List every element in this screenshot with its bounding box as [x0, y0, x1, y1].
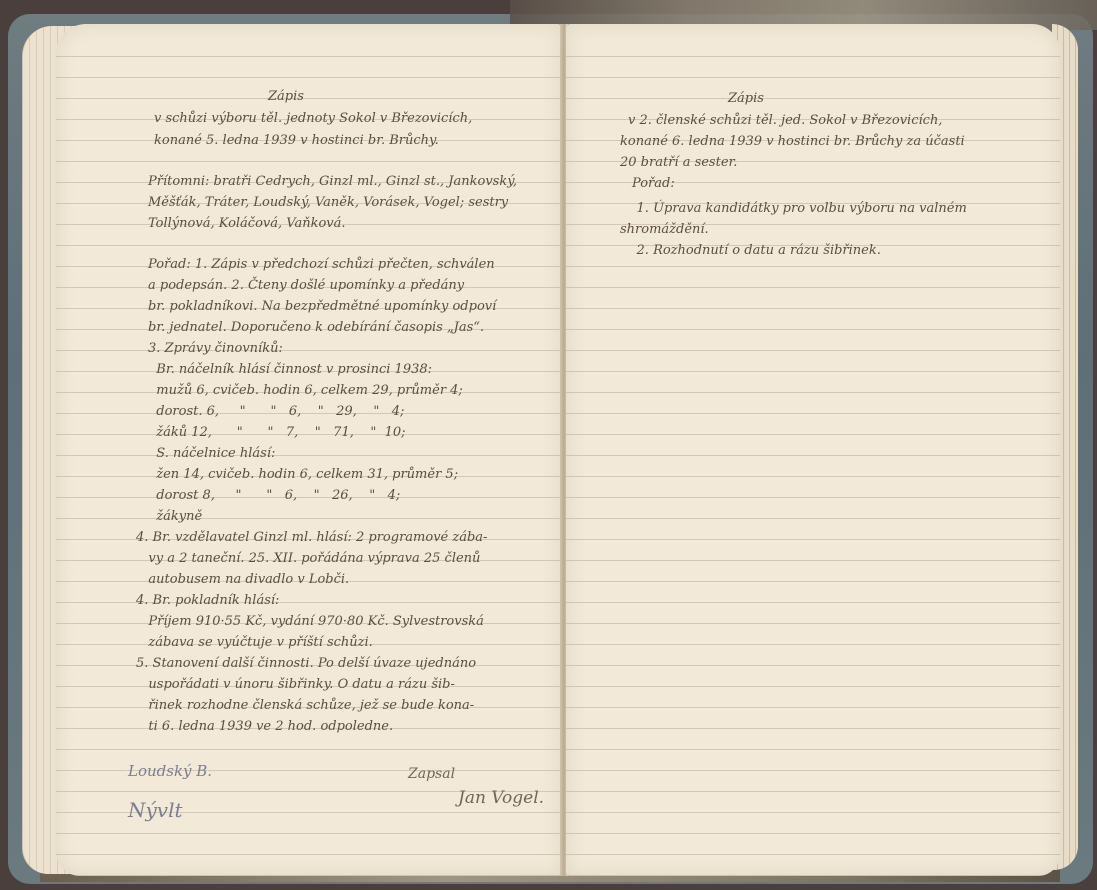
body-line: br. pokladníkovi. Na bezpředmětné upomín… — [148, 296, 496, 317]
body-line: žen 14, cvičeb. hodin 6, celkem 31, prům… — [148, 464, 458, 485]
body-line: Br. náčelník hlásí činnost v prosinci 19… — [148, 359, 432, 380]
right-heading-line-2: konané 6. ledna 1939 v hostinci br. Brůc… — [620, 131, 965, 152]
right-page: Zápis v 2. členské schůzi těl. jed. Soko… — [566, 24, 1060, 876]
ruled-lines — [56, 24, 562, 876]
attendance-line-2: Měšťák, Tráter, Loudský, Vaněk, Vorásek,… — [148, 192, 508, 213]
body-line: 3. Zprávy činovníků: — [148, 338, 283, 359]
body-line: dorost. 6, " " 6, " 29, " 4; — [148, 401, 404, 422]
agenda-label: Pořad: — [632, 173, 675, 194]
body-line: 4. Br. vzdělavatel Ginzl ml. hlásí: 2 pr… — [136, 527, 487, 548]
body-line: žáků 12, " " 7, " 71, " 10; — [148, 422, 406, 443]
left-page-title: Zápis — [268, 86, 304, 107]
attendance-line-3: Tollýnová, Koláčová, Vaňková. — [148, 213, 346, 234]
body-line: řinek rozhodne členská schůze, jež se bu… — [136, 695, 474, 716]
recorded-by-label: Zapsal — [408, 764, 455, 785]
recorder-signature: Jan Vogel. — [458, 788, 544, 809]
left-page: Zápis v schůzi výboru těl. jednoty Sokol… — [56, 24, 562, 876]
body-line: 5. Stanovení další činnosti. Po delší úv… — [136, 653, 476, 674]
right-heading-line-3: 20 bratří a sester. — [620, 152, 737, 173]
left-heading-line-1: v schůzi výboru těl. jednoty Sokol v Bře… — [154, 108, 472, 129]
body-line: S. náčelnice hlásí: — [148, 443, 275, 464]
body-line: vy a 2 taneční. 25. XII. pořádána výprav… — [136, 548, 480, 569]
left-heading-line-2: konané 5. ledna 1939 v hostinci br. Brůc… — [154, 130, 439, 151]
pencil-signature-2: Nývlt — [128, 798, 183, 822]
body-line: br. jednatel. Doporučeno k odebírání čas… — [148, 317, 484, 338]
body-line: a podepsán. 2. Čteny došlé upomínky a př… — [148, 275, 464, 296]
pencil-signature-1: Loudský B. — [128, 762, 212, 780]
body-line: ti 6. ledna 1939 ve 2 hod. odpoledne. — [136, 716, 393, 737]
body-line: zábava se vyúčtuje v příští schůzi. — [136, 632, 373, 653]
body-line: Pořad: 1. Zápis v předchozí schůzi přečt… — [148, 254, 495, 275]
agenda-line: 1. Úprava kandidátky pro volbu výboru na… — [620, 198, 967, 219]
attendance-line-1: Přítomni: bratři Cedrych, Ginzl ml., Gin… — [148, 171, 517, 192]
right-page-title: Zápis — [728, 88, 764, 109]
body-line: dorost 8, " " 6, " 26, " 4; — [148, 485, 400, 506]
body-line: Příjem 910·55 Kč, vydání 970·80 Kč. Sylv… — [136, 611, 484, 632]
body-line: žákyně — [148, 506, 202, 527]
body-line: 4. Br. pokladník hlásí: — [136, 590, 279, 611]
body-line: mužů 6, cvičeb. hodin 6, celkem 29, prům… — [148, 380, 463, 401]
body-line: uspořádati v únoru šibřinky. O datu a rá… — [136, 674, 455, 695]
body-line: autobusem na divadlo v Lobči. — [136, 569, 349, 590]
agenda-line: 2. Rozhodnutí o datu a rázu šibřinek. — [620, 240, 881, 261]
agenda-line: shromáždění. — [620, 219, 709, 240]
right-heading-line-1: v 2. členské schůzi těl. jed. Sokol v Bř… — [628, 110, 942, 131]
